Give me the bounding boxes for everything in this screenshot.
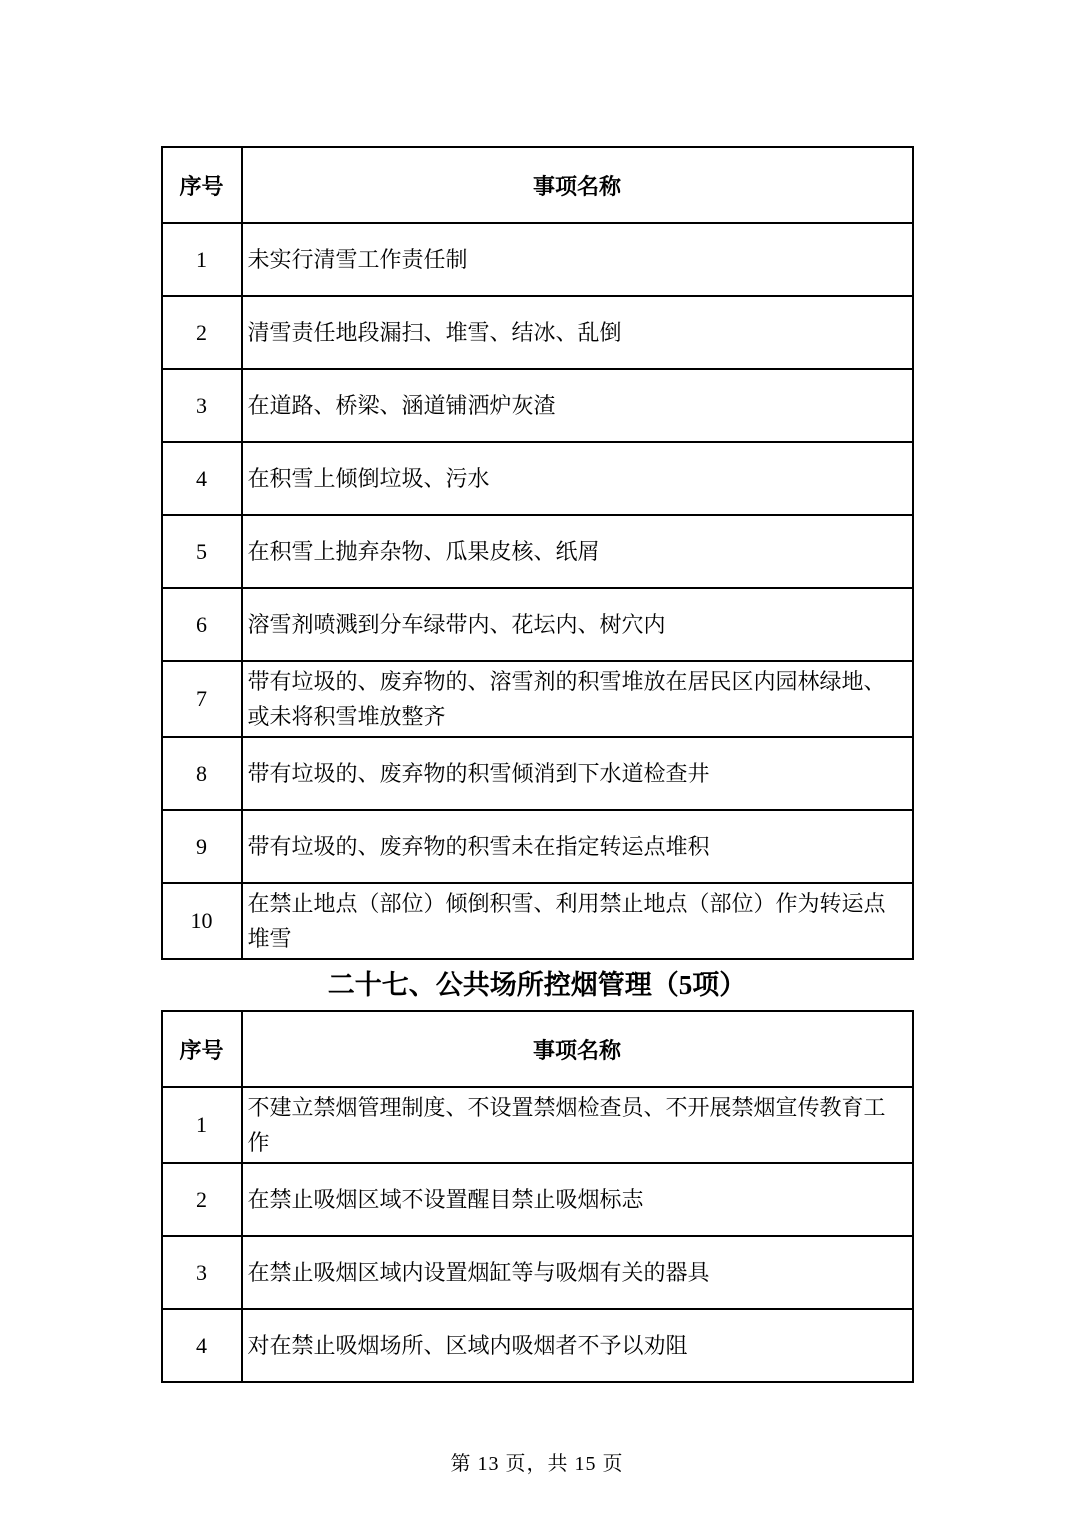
page-number-footer: 第 13 页，共 15 页 xyxy=(0,1447,1074,1476)
row-item-name: 在禁止吸烟区域内设置烟缸等与吸烟有关的器具 xyxy=(242,1236,913,1309)
row-item-name: 带有垃圾的、废弃物的积雪倾消到下水道检查井 xyxy=(242,737,913,810)
row-index: 1 xyxy=(162,223,242,296)
table-row: 8 带有垃圾的、废弃物的积雪倾消到下水道检查井 xyxy=(162,737,913,810)
column-header-name: 事项名称 xyxy=(242,1011,913,1087)
row-item-name: 未实行清雪工作责任制 xyxy=(242,223,913,296)
row-index: 3 xyxy=(162,369,242,442)
table-row: 7 带有垃圾的、废弃物的、溶雪剂的积雪堆放在居民区内园林绿地、或未将积雪堆放整齐 xyxy=(162,661,913,737)
table-row: 4 在积雪上倾倒垃圾、污水 xyxy=(162,442,913,515)
table-row: 2 清雪责任地段漏扫、堆雪、结冰、乱倒 xyxy=(162,296,913,369)
table-row: 3 在禁止吸烟区域内设置烟缸等与吸烟有关的器具 xyxy=(162,1236,913,1309)
row-item-name: 在积雪上抛弃杂物、瓜果皮核、纸屑 xyxy=(242,515,913,588)
table-row: 1 未实行清雪工作责任制 xyxy=(162,223,913,296)
row-index: 7 xyxy=(162,661,242,737)
row-item-name: 清雪责任地段漏扫、堆雪、结冰、乱倒 xyxy=(242,296,913,369)
row-index: 2 xyxy=(162,1163,242,1236)
row-index: 1 xyxy=(162,1087,242,1163)
table-row: 4 对在禁止吸烟场所、区域内吸烟者不予以劝阻 xyxy=(162,1309,913,1382)
row-index: 9 xyxy=(162,810,242,883)
row-index: 10 xyxy=(162,883,242,959)
table-row: 3 在道路、桥梁、涵道铺洒炉灰渣 xyxy=(162,369,913,442)
table-row: 9 带有垃圾的、废弃物的积雪未在指定转运点堆积 xyxy=(162,810,913,883)
document-page: 序号 事项名称 1 未实行清雪工作责任制 2 清雪责任地段漏扫、堆雪、结冰、乱倒… xyxy=(0,0,1074,1476)
row-index: 4 xyxy=(162,1309,242,1382)
row-item-name: 对在禁止吸烟场所、区域内吸烟者不予以劝阻 xyxy=(242,1309,913,1382)
row-item-name: 溶雪剂喷溅到分车绿带内、花坛内、树穴内 xyxy=(242,588,913,661)
table-header-row: 序号 事项名称 xyxy=(162,147,913,223)
row-item-name: 带有垃圾的、废弃物的积雪未在指定转运点堆积 xyxy=(242,810,913,883)
column-header-index: 序号 xyxy=(162,1011,242,1087)
table-row: 2 在禁止吸烟区域不设置醒目禁止吸烟标志 xyxy=(162,1163,913,1236)
row-item-name: 在禁止地点（部位）倾倒积雪、利用禁止地点（部位）作为转运点堆雪 xyxy=(242,883,913,959)
row-item-name: 在禁止吸烟区域不设置醒目禁止吸烟标志 xyxy=(242,1163,913,1236)
row-index: 8 xyxy=(162,737,242,810)
table-header-row: 序号 事项名称 xyxy=(162,1011,913,1087)
section-heading: 二十七、公共场所控烟管理（5项） xyxy=(161,960,914,1010)
column-header-index: 序号 xyxy=(162,147,242,223)
row-index: 2 xyxy=(162,296,242,369)
row-index: 6 xyxy=(162,588,242,661)
row-item-name: 在积雪上倾倒垃圾、污水 xyxy=(242,442,913,515)
table-row: 1 不建立禁烟管理制度、不设置禁烟检查员、不开展禁烟宣传教育工作 xyxy=(162,1087,913,1163)
row-item-name: 在道路、桥梁、涵道铺洒炉灰渣 xyxy=(242,369,913,442)
smoking-control-items-table: 序号 事项名称 1 不建立禁烟管理制度、不设置禁烟检查员、不开展禁烟宣传教育工作… xyxy=(161,1010,914,1383)
row-item-name: 带有垃圾的、废弃物的、溶雪剂的积雪堆放在居民区内园林绿地、或未将积雪堆放整齐 xyxy=(242,661,913,737)
row-index: 4 xyxy=(162,442,242,515)
column-header-name: 事项名称 xyxy=(242,147,913,223)
table-row: 10 在禁止地点（部位）倾倒积雪、利用禁止地点（部位）作为转运点堆雪 xyxy=(162,883,913,959)
snow-clearing-items-table: 序号 事项名称 1 未实行清雪工作责任制 2 清雪责任地段漏扫、堆雪、结冰、乱倒… xyxy=(161,146,914,960)
row-index: 3 xyxy=(162,1236,242,1309)
table-row: 6 溶雪剂喷溅到分车绿带内、花坛内、树穴内 xyxy=(162,588,913,661)
row-item-name: 不建立禁烟管理制度、不设置禁烟检查员、不开展禁烟宣传教育工作 xyxy=(242,1087,913,1163)
row-index: 5 xyxy=(162,515,242,588)
table-row: 5 在积雪上抛弃杂物、瓜果皮核、纸屑 xyxy=(162,515,913,588)
